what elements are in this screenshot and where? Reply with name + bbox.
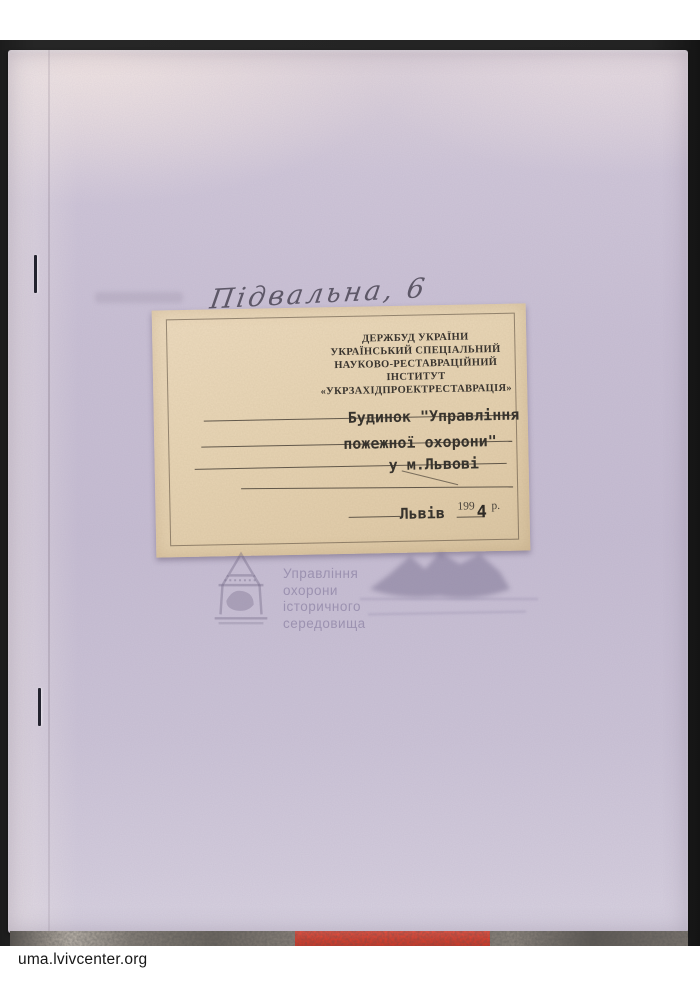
document-cover: Підвальна, 6 ДЕРЖБУД УКРАЇНИ УКРАЇНСЬКИЙ… [8,50,688,933]
label-title-line: Будинок "Управління [348,406,520,427]
staple-bottom [38,688,41,726]
scanned-page: Підвальна, 6 ДЕРЖБУД УКРАЇНИ УКРАЇНСЬКИЙ… [0,0,700,990]
watermark-line: середовища [283,616,366,633]
title-label-card: ДЕРЖБУД УКРАЇНИ УКРАЇНСЬКИЙ СПЕЦІАЛЬНИЙ … [152,303,531,557]
red-insert-strip [295,931,490,946]
staple-top [34,255,37,293]
tower-icon [208,550,274,630]
watermark-line: історичного [283,599,366,616]
label-title-line: пожежної охорони" [343,432,497,453]
under-pages-strip [10,931,688,946]
watermark-text: Управління охорони історичного середовищ… [283,566,366,632]
source-url-label: uma.lvivcenter.org [18,951,147,969]
city-silhouette-watermark [365,544,513,606]
cover-fold-line [48,50,50,933]
institute-header: ДЕРЖБУД УКРАЇНИ УКРАЇНСЬКИЙ СПЕЦІАЛЬНИЙ … [312,330,519,399]
faint-stamp-text [368,611,526,616]
faint-stamp-text [360,598,538,600]
watermark-line: охорони [283,583,366,600]
year-typed: 4 [476,502,487,522]
label-title-line: у м.Львові [389,454,480,474]
pencil-smudge [95,292,183,303]
city-label: Львів [399,504,444,523]
year-printed: 199 [457,500,474,512]
year-suffix: р. [491,500,500,512]
watermark-line: Управління [283,566,366,583]
